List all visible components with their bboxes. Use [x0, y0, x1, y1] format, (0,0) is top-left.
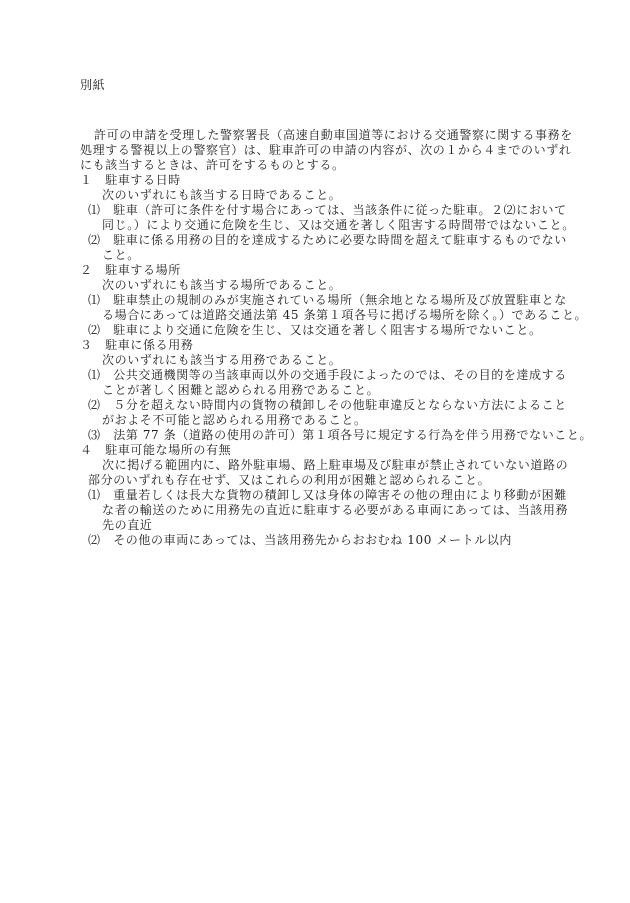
body-line: １ 駐車する日時	[80, 173, 181, 188]
body-line: ⑵ ５分を超えない時間内の貨物の積卸しその他駐車違反とならない方法によること	[88, 398, 567, 413]
body-line: 部分のいずれも存在せず、又はこれらの利用が困難と認められること。	[88, 473, 490, 488]
body-line: な者の輸送のために用務先の直近に駐車する必要がある車両にあっては、当該用務	[102, 503, 568, 518]
body-line: こと。	[102, 248, 140, 263]
document-page: 別紙 許可の申請を受理した警察署長（高速自動車国道等における交通警察に関する事務…	[0, 0, 630, 903]
body-line: ⑵ その他の車両にあっては、当該用務先からおおむね 100 メートル以内	[88, 533, 512, 548]
body-line: ⑴ 公共交通機関等の当該車両以外の交通手段によったのでは、その目的を達成する	[88, 368, 567, 383]
body-line: る場合にあっては道路交通法第 45 条第１項各号に掲げる場所を除く。）であること…	[102, 308, 587, 323]
body-line: ことが著しく困難と認められる用務であること。	[102, 383, 379, 398]
body-line: 次のいずれにも該当する用務であること。	[102, 353, 341, 368]
body-line: 次のいずれにも該当する日時であること。	[102, 188, 341, 203]
body-line: がおよそ不可能と認められる用務であること。	[102, 413, 367, 428]
body-line: ⑵ 駐車に係る用務の目的を達成するために必要な時間を超えて駐車するものでない	[88, 233, 567, 248]
body-line: 次のいずれにも該当する場所であること。	[102, 278, 341, 293]
body-line: 許可の申請を受理した警察署長（高速自動車国道等における交通警察に関する事務を	[94, 128, 573, 143]
body-line: 処理する警視以上の警察官）は、駐車許可の申請の内容が、次の１から４までのいずれ	[80, 143, 571, 158]
body-line: ４ 駐車可能な場所の有無	[80, 443, 231, 458]
body-line: ２ 駐車する場所	[80, 263, 181, 278]
body-line: ⑵ 駐車により交通に危険を生じ、又は交通を著しく阻害する場所でないこと。	[88, 323, 542, 338]
body-line: 同じ。）により交通に危険を生じ、又は交通を著しく阻害する時間帯ではないこと。	[102, 218, 575, 233]
body-line: ⑴ 駐車（許可に条件を付す場合にあっては、当該条件に従った駐車。２⑵において	[88, 203, 567, 218]
document-title: 別紙	[80, 78, 105, 93]
body-line: ⑴ 重量若しくは長大な貨物の積卸し又は身体の障害その他の理由により移動が困難	[88, 488, 567, 503]
body-line: 次に掲げる範囲内に、路外駐車場、路上駐車場及び駐車が禁止されていない道路の	[102, 458, 568, 473]
body-line: 先の直近	[102, 518, 152, 533]
body-line: ⑴ 駐車禁止の規制のみが実施されている場所（無余地となる場所及び放置駐車とな	[88, 293, 567, 308]
body-line: ⑶ 法第 77 条（道路の使用の許可）第１項各号に規定する行為を伴う用務でないこ…	[88, 428, 592, 443]
body-line: ３ 駐車に係る用務	[80, 338, 193, 353]
body-line: にも該当するときは、許可をするものとする。	[80, 158, 345, 173]
